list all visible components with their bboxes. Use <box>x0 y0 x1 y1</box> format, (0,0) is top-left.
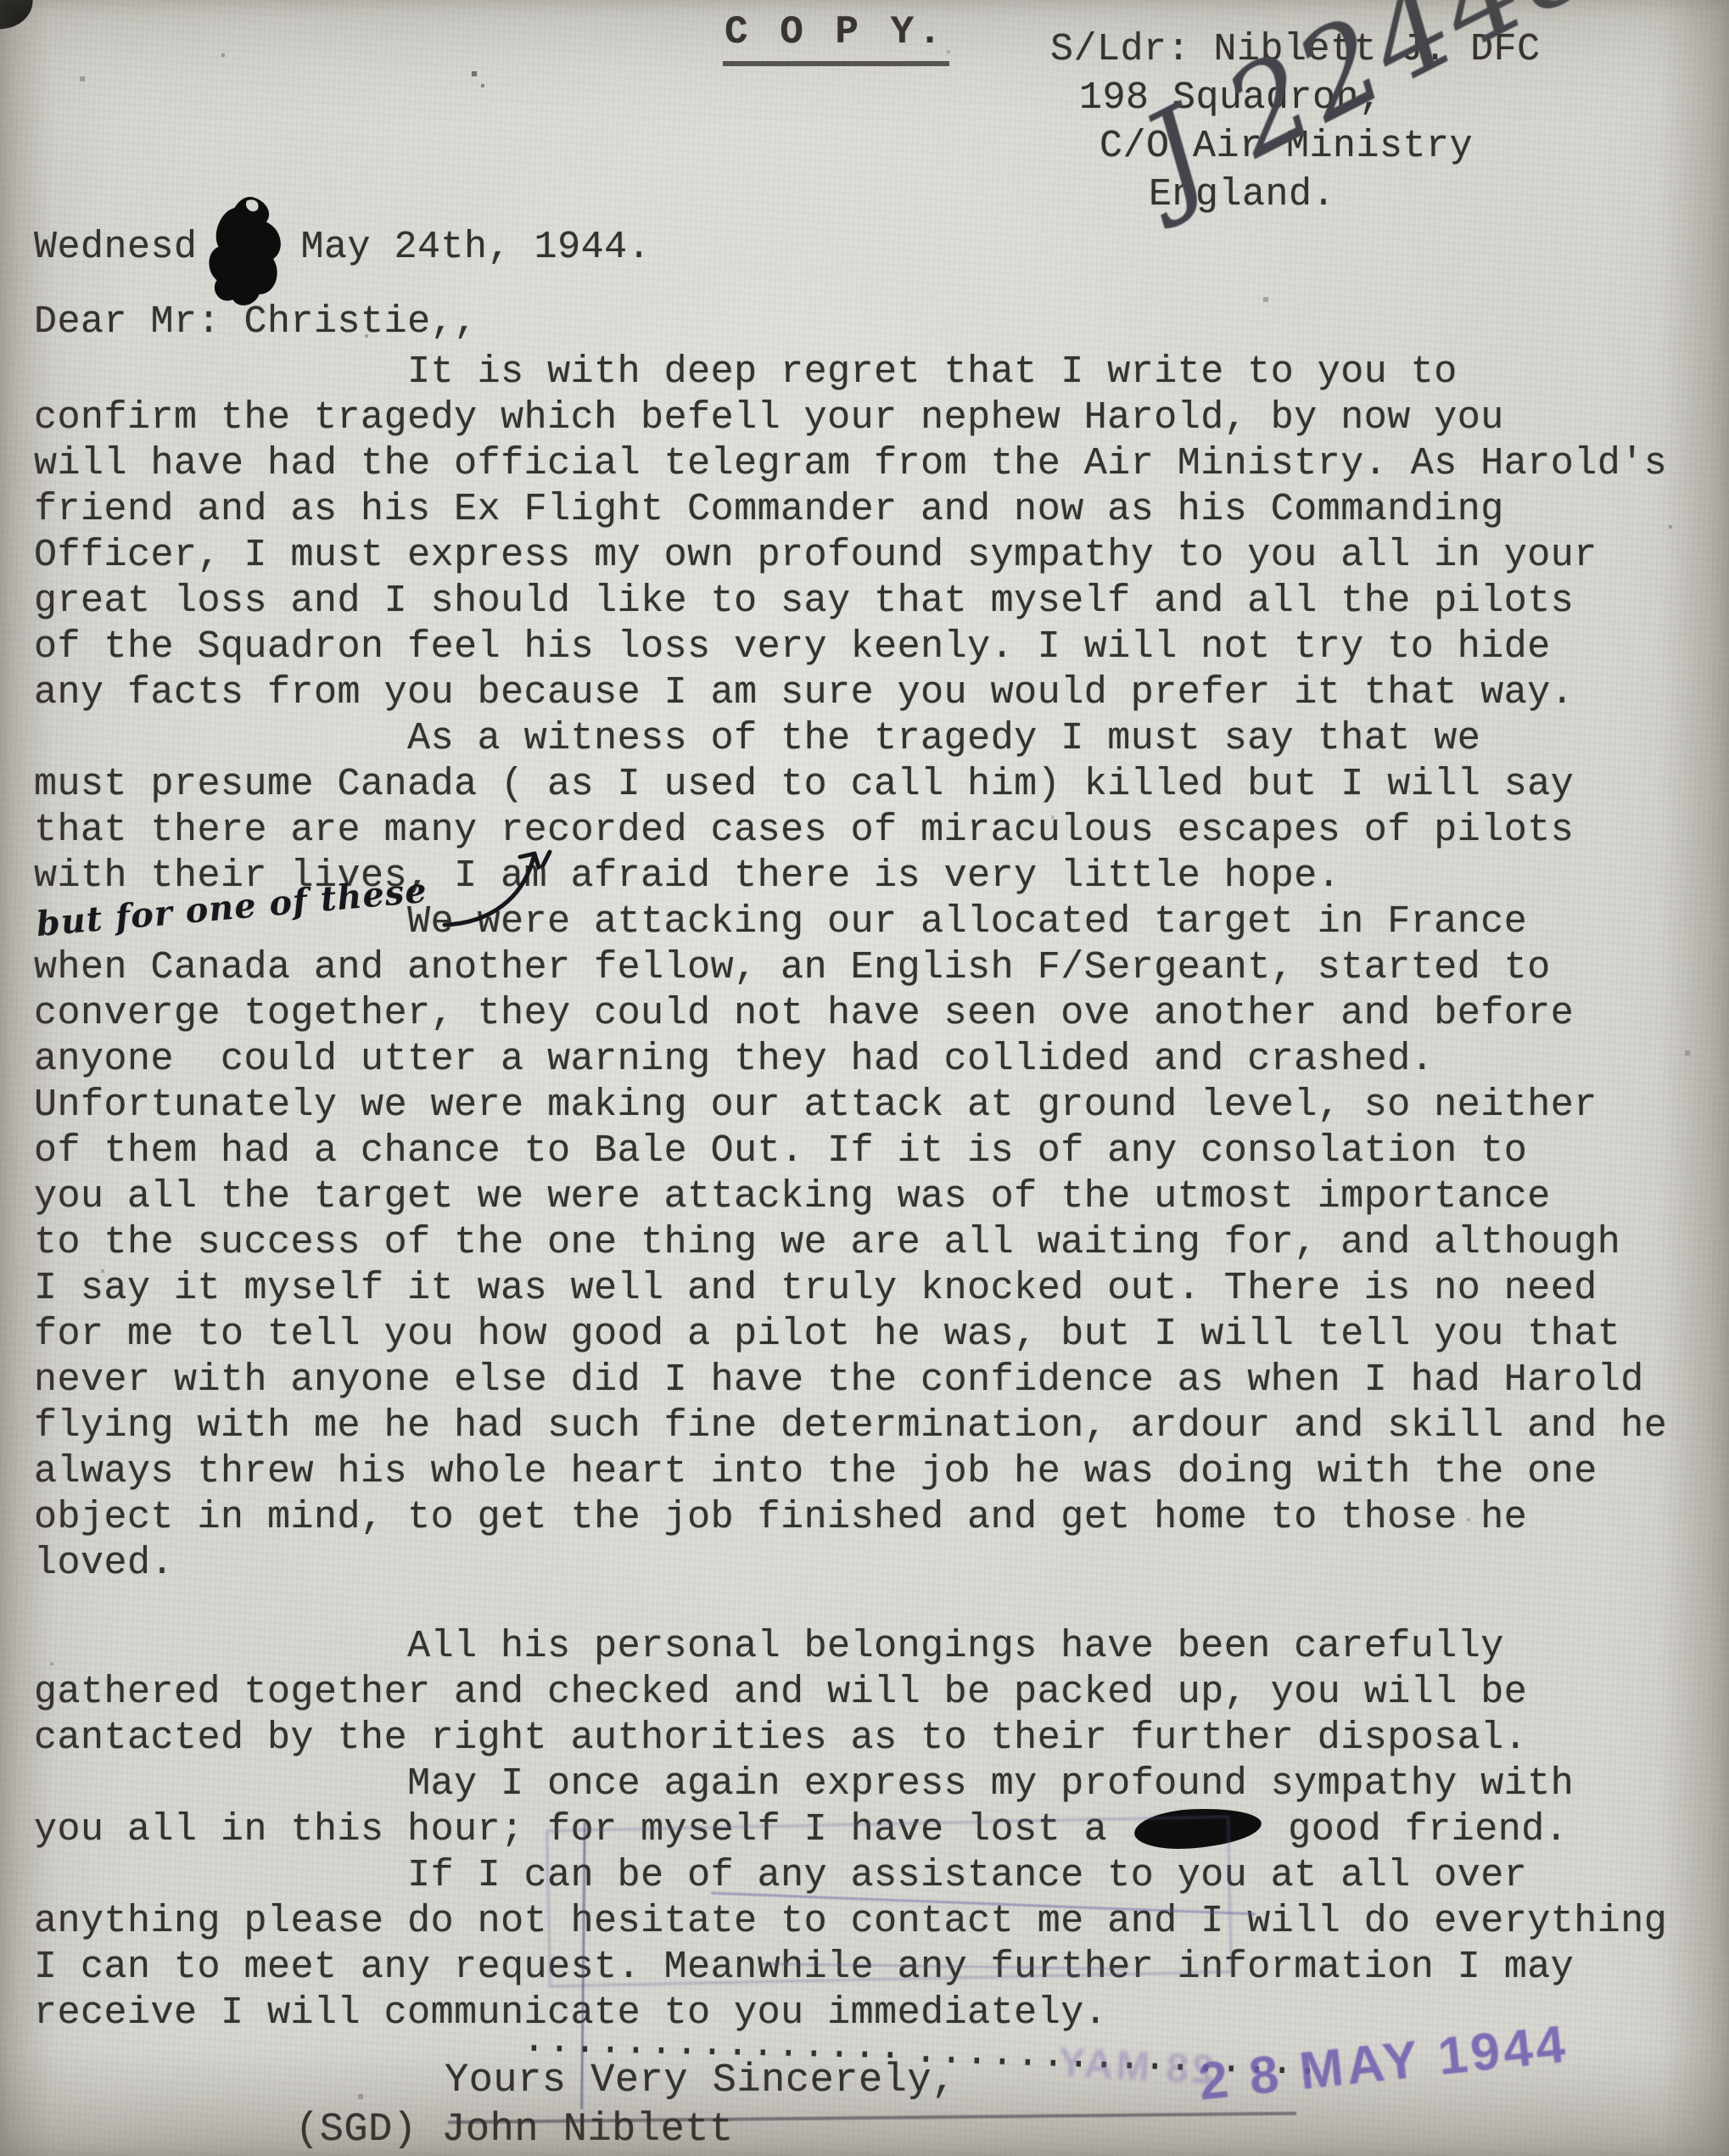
paragraph-5-text-after-blot: good friend. <box>1265 1808 1569 1851</box>
letter-body: It is with deep regret that I write to y… <box>34 350 1714 2036</box>
signature-line: (SGD) John Niblett <box>295 2108 734 2153</box>
date-prefix: Wednesd <box>34 226 198 269</box>
copy-heading: C O P Y. <box>723 10 949 66</box>
paragraph-3: We were attacking our allocated target i… <box>34 899 1714 1587</box>
paragraph-2: As a witness of the tragedy I must say t… <box>34 716 1714 899</box>
letter-page: C O P Y. S/Ldr: Niblett J. DFC 198 Squad… <box>0 0 1729 2156</box>
faded-stamp-box <box>546 1816 1233 1988</box>
insertion-arrow-icon <box>439 837 567 934</box>
ink-blot-icon <box>204 194 293 311</box>
closing-line: Yours Very Sincerely, <box>445 2058 956 2103</box>
scan-corner-mark <box>0 0 36 30</box>
ghost-stamp: 28 MAY <box>1055 2039 1216 2094</box>
paragraph-4: All his personal belongings have been ca… <box>34 1624 1714 1761</box>
date-suffix: May 24th, 1944. <box>301 226 652 269</box>
salutation: Dear Mr: Christie,, <box>34 300 478 344</box>
paragraph-1: It is with deep regret that I write to y… <box>34 350 1714 716</box>
date-line: WednesdMay 24th, 1944. <box>34 226 651 269</box>
